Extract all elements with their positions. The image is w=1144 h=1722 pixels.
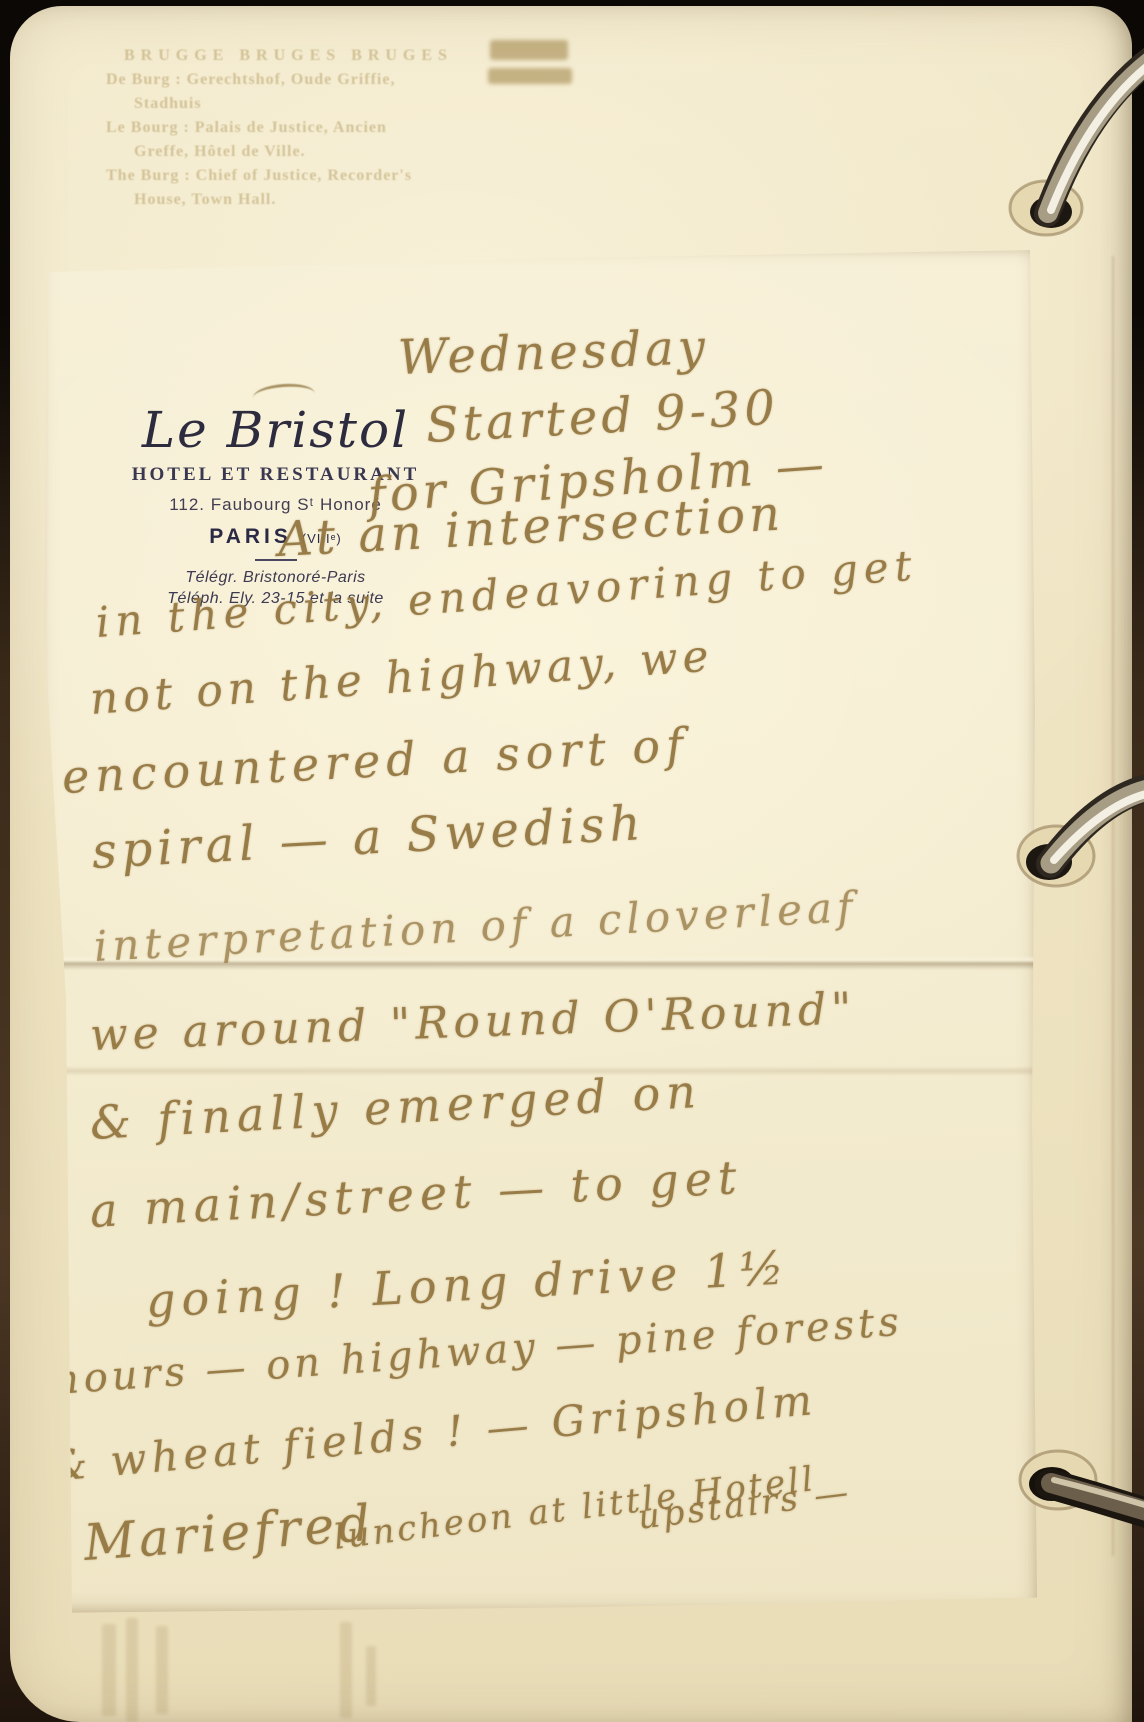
page-stack-edge	[1112, 256, 1114, 1556]
handwriting-line: encountered a sort of	[61, 717, 691, 804]
ghost-text-line: Le Bourg : Palais de Justice, Ancien	[106, 116, 536, 140]
ghost-text-vertical	[366, 1646, 376, 1706]
ghost-text-smudge	[490, 40, 568, 60]
handwriting-line: Mariefred	[82, 1494, 376, 1572]
ghost-text-smudge	[488, 68, 572, 84]
handwriting-line: spiral — a Swedish	[91, 795, 647, 880]
handwriting-line: we around "Round O'Round"	[89, 983, 857, 1061]
hotel-name: Le Bristol	[93, 404, 458, 456]
handwriting-line: not on the highway, we	[88, 630, 715, 724]
handwriting-line: & finally emerged on	[89, 1064, 704, 1150]
ghost-text-line: Stadhuis	[106, 92, 536, 116]
ghost-text-line: House, Town Hall.	[106, 188, 536, 212]
ghost-printed-text: BRUGGE BRUGES BRUGES De Burg : Gerechtsh…	[106, 44, 536, 212]
ghost-text-line: The Burg : Chief of Justice, Recorder's	[106, 164, 536, 188]
ghost-text-line: De Burg : Gerechtshof, Oude Griffie,	[106, 68, 536, 92]
handwriting-line: a main/street — to get	[89, 1150, 744, 1238]
handwriting-line: Wednesday	[397, 319, 710, 386]
photo-of-album-page: BRUGGE BRUGES BRUGES De Burg : Gerechtsh…	[0, 0, 1144, 1722]
ghost-heading: BRUGGE BRUGES BRUGES	[106, 44, 536, 68]
ghost-text-vertical	[102, 1624, 116, 1716]
ghost-text-line: Greffe, Hôtel de Ville.	[106, 140, 536, 164]
ghost-text-vertical	[156, 1626, 168, 1714]
letter-paper: Le Bristol HOTEL ET RESTAURANT 112. Faub…	[38, 246, 1038, 1614]
ghost-text-vertical	[340, 1622, 352, 1718]
ghost-text-vertical	[126, 1618, 138, 1722]
